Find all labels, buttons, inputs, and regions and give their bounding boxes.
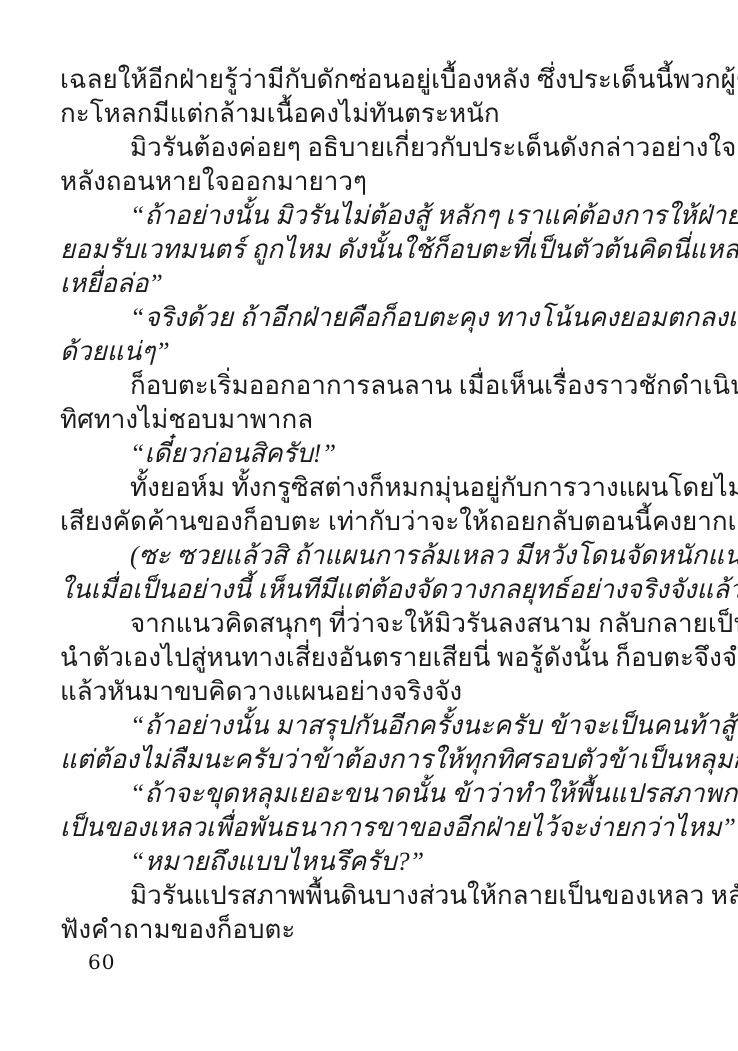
text-line: กะโหลกมีแต่กล้ามเนื้อคงไม่ทันตระหนัก (60, 97, 705, 131)
text-line: (ซะ ซวยแล้วสิ ถ้าแผนการล้มเหลว มีหวังโดน… (60, 539, 705, 573)
text-line: “ถ้าอย่างนั้น มาสรุปกันอีกครั้งนะครับ ข้… (60, 709, 705, 743)
text-line: นำตัวเองไปสู่หนทางเสี่ยงอันตรายเสียนี่ พ… (60, 641, 705, 675)
text-line: ก็อบตะเริ่มออกอาการลนลาน เมื่อเห็นเรื่อง… (60, 369, 705, 403)
text-line: หลังถอนหายใจออกมายาวๆ (60, 165, 705, 199)
text-line: ฟังคำถามของก็อบตะ (60, 913, 705, 947)
text-line: “หมายถึงแบบไหนรึครับ?” (60, 845, 705, 879)
page-text-block: เฉลยให้อีกฝ่ายรู้ว่ามีกับดักซ่อนอยู่เบื้… (60, 63, 705, 947)
text-line: “ถ้าจะขุดหลุมเยอะขนาดนั้น ข้าว่าทำให้พื้… (60, 777, 705, 811)
text-line: เฉลยให้อีกฝ่ายรู้ว่ามีกับดักซ่อนอยู่เบื้… (60, 63, 705, 97)
text-line: มิวรันต้องค่อยๆ อธิบายเกี่ยวกับประเด็นดั… (60, 131, 705, 165)
text-line: เสียงคัดค้านของก็อบตะ เท่ากับว่าจะให้ถอย… (60, 505, 705, 539)
text-line: ทิศทางไม่ชอบมาพากล (60, 403, 705, 437)
text-line: เหยื่อล่อ” (60, 267, 705, 301)
text-line: ยอมรับเวทมนตร์ ถูกไหม ดังนั้นใช้ก็อบตะที… (60, 233, 705, 267)
text-line: “เดี๋ยวก่อนสิครับ!” (60, 437, 705, 471)
text-line: “จริงด้วย ถ้าอีกฝ่ายคือก็อบตะคุง ทางโน้น… (60, 301, 705, 335)
text-line: ในเมื่อเป็นอย่างนี้ เห็นทีมีแต่ต้องจัดวา… (60, 573, 705, 607)
text-line: จากแนวคิดสนุกๆ ที่ว่าจะให้มิวรันลงสนาม ก… (60, 607, 705, 641)
page-number: 60 (88, 948, 115, 976)
text-line: แต่ต้องไม่ลืมนะครับว่าข้าต้องการให้ทุกทิ… (60, 743, 705, 777)
text-line: “ถ้าอย่างนั้น มิวรันไม่ต้องสู้ หลักๆ เรา… (60, 199, 705, 233)
text-line: ทั้งยอห์ม ทั้งกรูซิสต่างก็หมกมุ่นอยู่กับ… (60, 471, 705, 505)
text-line: แล้วหันมาขบคิดวางแผนอย่างจริงจัง (60, 675, 705, 709)
book-page: เฉลยให้อีกฝ่ายรู้ว่ามีกับดักซ่อนอยู่เบื้… (0, 0, 738, 1051)
text-line: เป็นของเหลวเพื่อพันธนาการขาของอีกฝ่ายไว้… (60, 811, 705, 845)
text-line: ด้วยแน่ๆ” (60, 335, 705, 369)
text-line: มิวรันแปรสภาพพื้นดินบางส่วนให้กลายเป็นขอ… (60, 879, 705, 913)
